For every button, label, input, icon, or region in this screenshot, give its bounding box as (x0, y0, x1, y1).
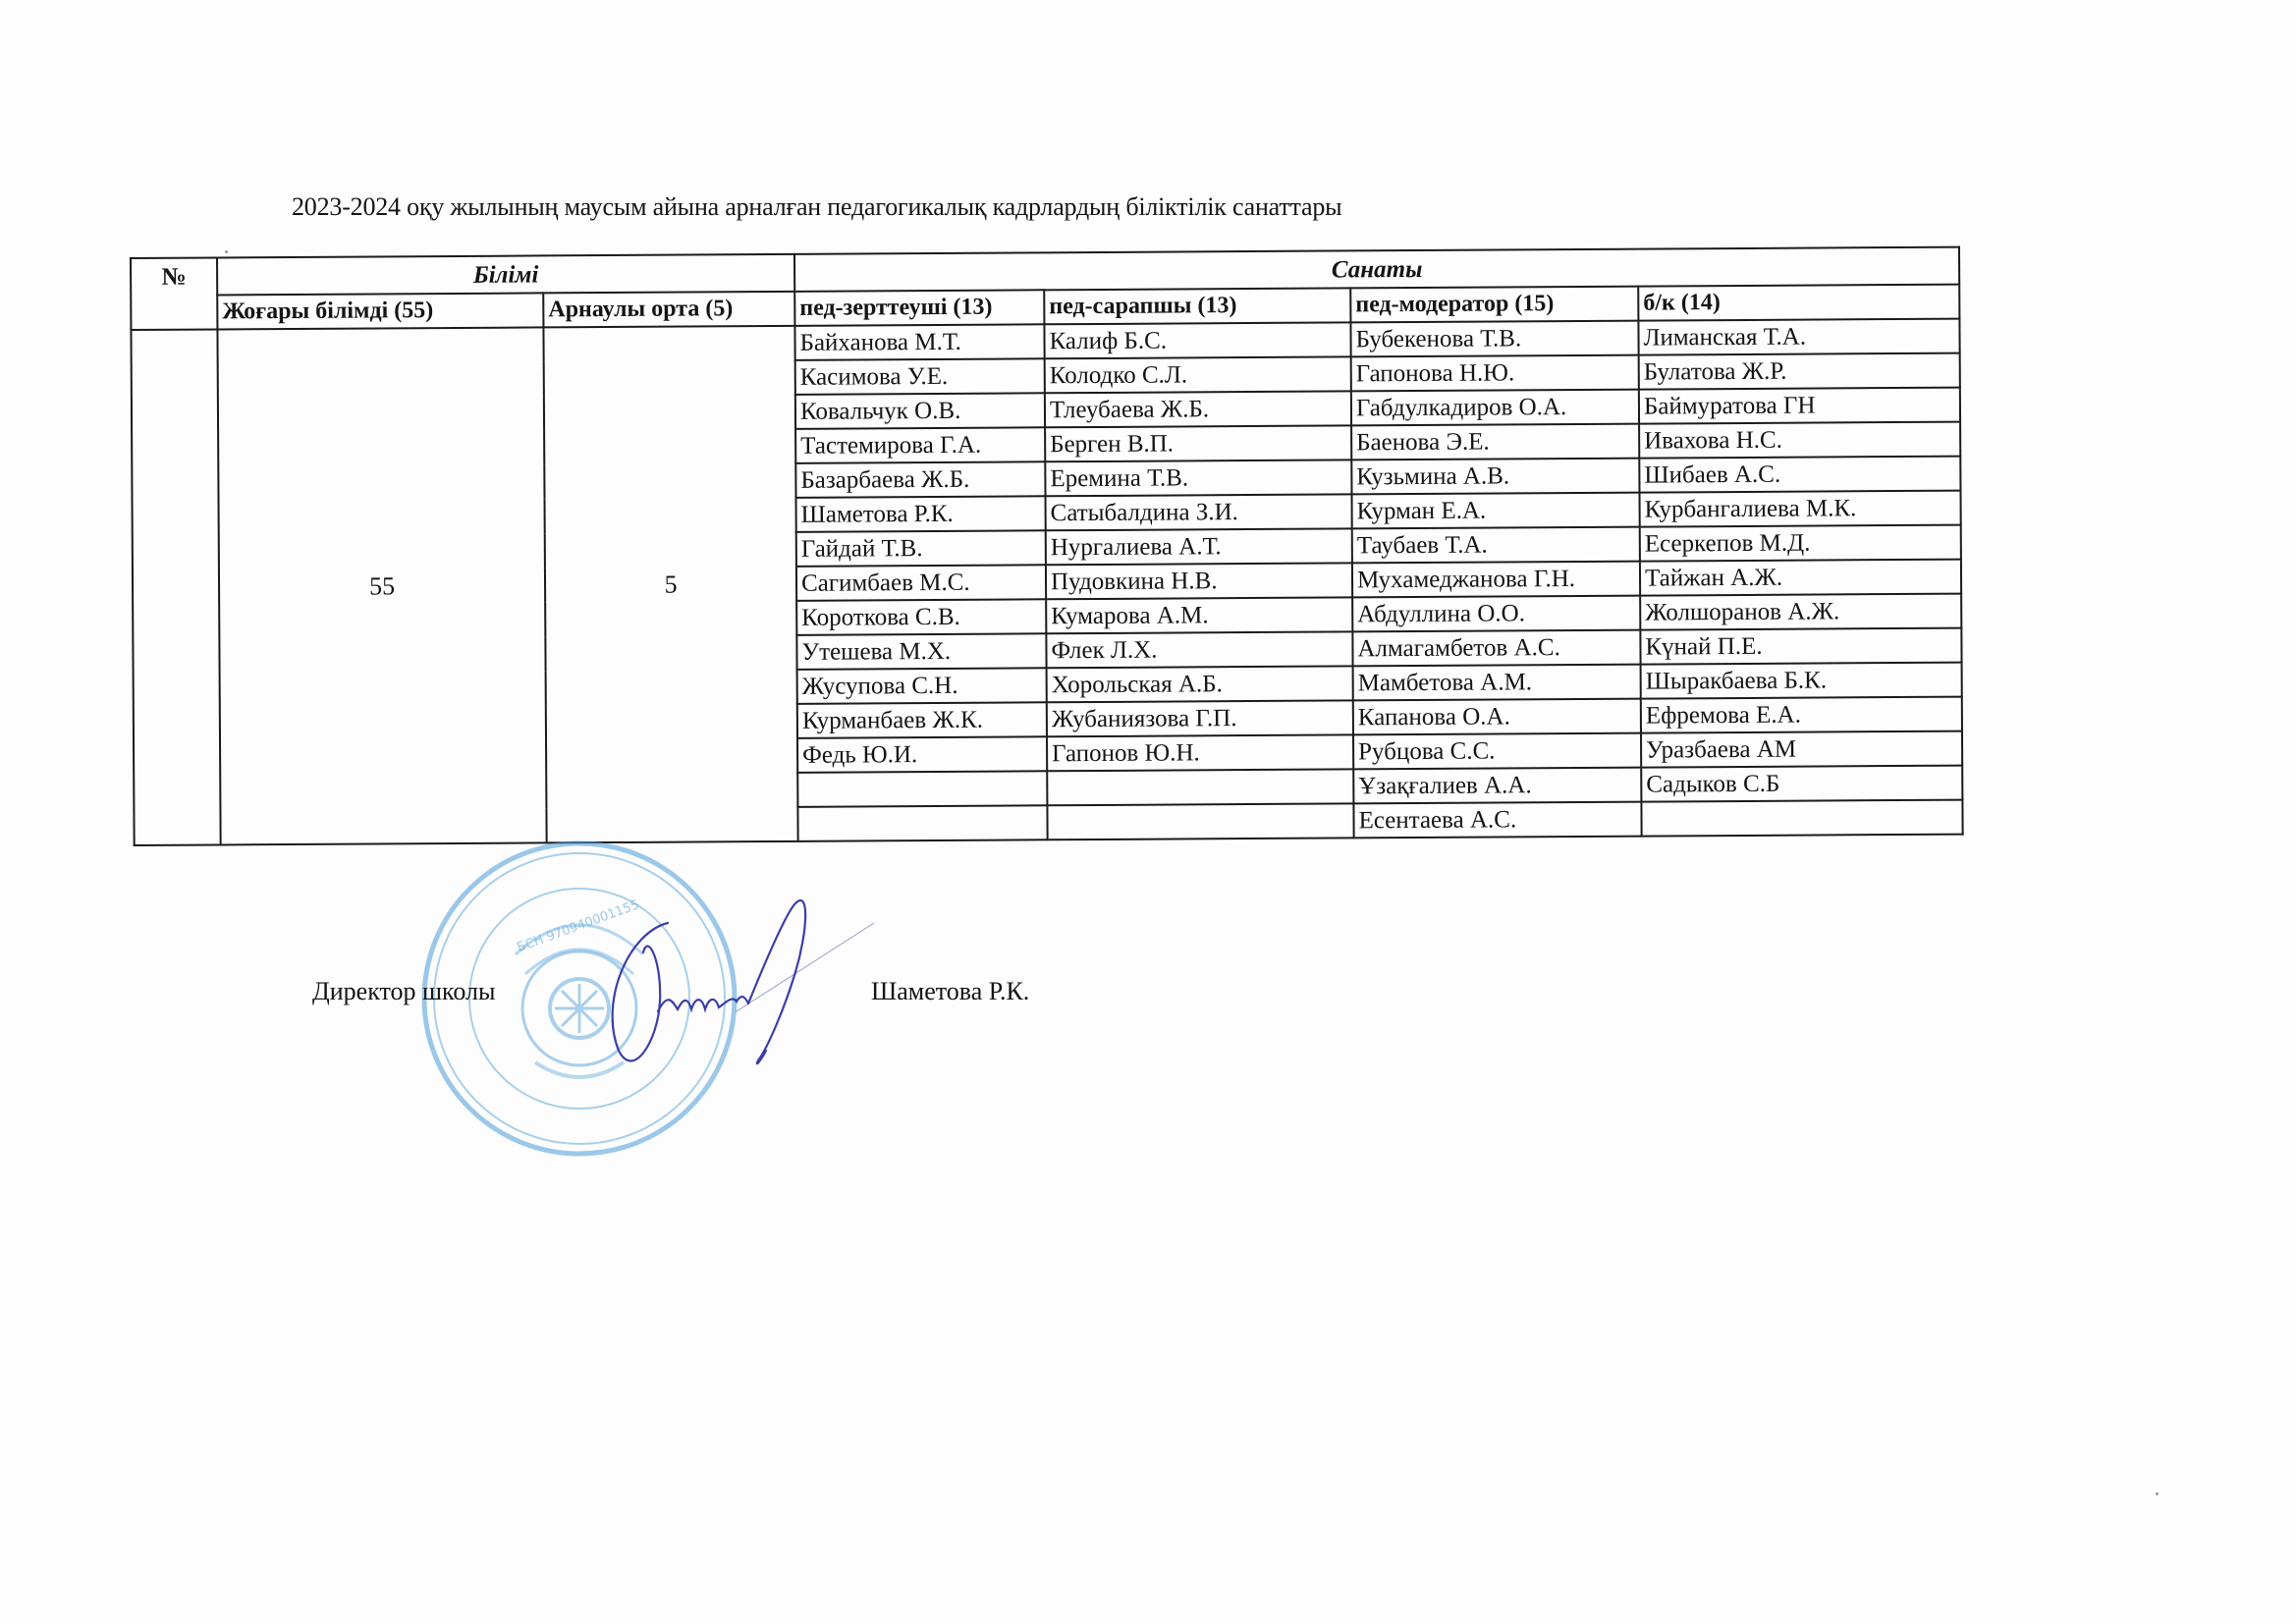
ped-researcher-cell: Касимова У.Е. (795, 358, 1045, 395)
table-body: 555Байханова М.Т.Калиф Б.С.Бубекенова Т.… (131, 319, 1962, 845)
no-category-cell: Тайжан А.Ж. (1640, 560, 1961, 596)
ped-moderator-cell: Рубцова С.С. (1353, 733, 1641, 770)
ped-moderator-cell: Мамбетова А.М. (1353, 665, 1641, 701)
ped-expert-cell: Колодко С.Л. (1045, 356, 1351, 393)
ped-expert-cell: Жубаниязова Г.П. (1047, 700, 1353, 736)
director-signature (589, 893, 884, 1080)
no-category-cell: Ефремова Е.А. (1641, 697, 1962, 733)
qualification-table-container: № Білімі Санаты Жоғары білімді (55) Арна… (130, 246, 1964, 846)
ped-moderator-cell: Курман Е.А. (1351, 493, 1639, 529)
no-category-cell: Курбангалиева М.К. (1639, 491, 1960, 527)
no-category-cell: Ивахова Н.С. (1639, 422, 1960, 459)
scan-artifact (225, 250, 228, 253)
ped-researcher-cell: Ковальчук О.В. (795, 393, 1045, 429)
education-group-header: Білімі (217, 254, 794, 296)
ped-researcher-cell: Федь Ю.И. (797, 736, 1047, 773)
qualification-categories-table: № Білімі Санаты Жоғары білімді (55) Арна… (130, 246, 1964, 846)
ped-expert-cell: Еремина Т.В. (1045, 460, 1351, 496)
ped-researcher-cell (797, 771, 1047, 807)
ped-researcher-cell: Базарбаева Ж.Б. (795, 461, 1045, 498)
ped-expert-cell: Нургалиева А.Т. (1046, 528, 1352, 565)
ped-expert-cell: Кумарова А.М. (1046, 597, 1352, 633)
no-category-cell: Уразбаева АМ (1641, 731, 1962, 768)
ped-expert-cell: Гапонов Ю.Н. (1047, 734, 1353, 771)
document-title: 2023-2024 оқу жылының маусым айына арнал… (292, 192, 1341, 222)
ped-researcher-cell: Утешева М.Х. (796, 633, 1046, 670)
ped-moderator-cell: Габдулкадиров О.А. (1351, 390, 1639, 426)
ped-researcher-cell: Жусупова С.Н. (797, 668, 1047, 704)
ped-researcher-cell (797, 805, 1047, 841)
ped-expert-cell: Флек Л.Х. (1046, 631, 1352, 668)
no-category-cell: Баймуратова ГН (1639, 388, 1960, 424)
ped-expert-cell (1047, 803, 1353, 839)
no-category-cell (1641, 800, 1962, 837)
no-category-cell: Есеркепов М.Д. (1640, 525, 1961, 562)
ped-researcher-cell: Гайдай Т.В. (796, 530, 1046, 567)
special-secondary-count: 5 (543, 326, 797, 843)
signature-role-label: Директор школы (312, 977, 495, 1006)
no-category-cell: Садыков С.Б (1641, 766, 1962, 802)
ped-moderator-cell: Ұзақғалиев А.А. (1353, 768, 1641, 804)
ped-moderator-cell: Баенова Э.Е. (1351, 424, 1639, 460)
ped-moderator-cell: Есентаева А.С. (1353, 802, 1641, 839)
ped-researcher-cell: Курманбаев Ж.К. (797, 702, 1047, 738)
ped-moderator-cell: Бубекенова Т.В. (1350, 321, 1638, 357)
ped-expert-cell: Берген В.П. (1045, 425, 1351, 461)
ped-expert-cell: Калиф Б.С. (1044, 322, 1350, 358)
higher-education-count: 55 (217, 327, 546, 844)
ped-expert-header: пед-сарапшы (13) (1044, 288, 1350, 324)
no-category-cell: Шыракбаева Б.К. (1641, 663, 1962, 699)
scan-artifact (2156, 1492, 2159, 1495)
number-cell (131, 329, 220, 845)
ped-moderator-cell: Мухамеджанова Г.Н. (1352, 562, 1640, 598)
special-secondary-header: Арнаулы орта (5) (543, 292, 794, 328)
ped-moderator-cell: Абдуллина О.О. (1352, 596, 1640, 632)
no-category-cell: Лиманская Т.А. (1638, 319, 1959, 355)
ped-moderator-cell: Кузьмина А.В. (1351, 459, 1639, 495)
ped-expert-cell: Сатыбалдина З.И. (1046, 494, 1352, 530)
no-category-cell: Шибаев А.С. (1639, 457, 1960, 493)
signature-name-label: Шаметова Р.К. (871, 977, 1029, 1006)
ped-moderator-cell: Гапонова Н.Ю. (1351, 355, 1639, 392)
ped-researcher-cell: Тастемирова Г.А. (795, 427, 1045, 463)
ped-moderator-cell: Алмагамбетов А.С. (1352, 630, 1640, 667)
no-category-header: б/к (14) (1638, 285, 1959, 321)
ped-expert-cell: Пудовкина Н.В. (1046, 563, 1352, 599)
ped-expert-cell: Тлеубаева Ж.Б. (1045, 391, 1351, 427)
number-column-header: № (131, 257, 217, 330)
ped-moderator-header: пед-модератор (15) (1350, 287, 1638, 323)
no-category-cell: Булатова Ж.Р. (1639, 353, 1960, 390)
ped-researcher-cell: Байханова М.Т. (794, 324, 1044, 360)
ped-expert-cell: Хорольская А.Б. (1047, 666, 1353, 702)
ped-researcher-header: пед-зерттеуші (13) (794, 290, 1044, 326)
ped-researcher-cell: Короткова С.В. (796, 599, 1046, 635)
ped-researcher-cell: Шаметова Р.К. (796, 496, 1046, 532)
no-category-cell: Күнай П.Е. (1640, 628, 1961, 665)
ped-moderator-cell: Таубаев Т.А. (1352, 527, 1640, 564)
higher-education-header: Жоғары білімді (55) (217, 293, 543, 329)
ped-moderator-cell: Капанова О.А. (1353, 699, 1641, 735)
no-category-cell: Жолшоранов А.Ж. (1640, 594, 1961, 630)
ped-researcher-cell: Сагимбаев М.С. (796, 565, 1046, 601)
ped-expert-cell (1047, 769, 1353, 805)
